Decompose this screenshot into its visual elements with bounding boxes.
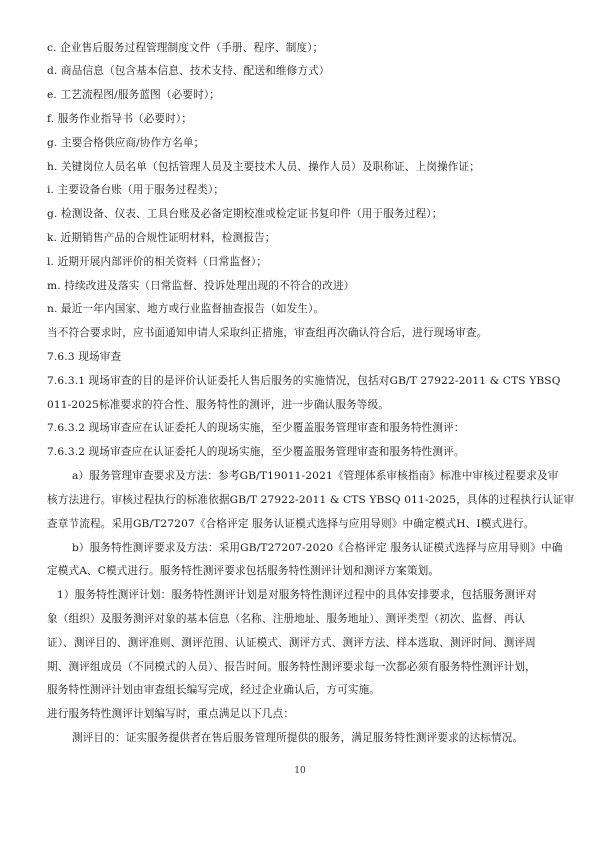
item-b-line1: b）服务特性测评要求及方法：采用GB/T27207-2020《合格评定 服务认证… [72,541,562,555]
plan-paragraph-line1: 1）服务特性测评计划：服务特性测评计划是对服务特性测评过程中的具体安排要求，包括… [57,588,537,602]
list-item-c: c. 企业售后服务过程管理制度文件（手册、程序、制度）； [47,41,323,55]
purpose-paragraph: 测评目的：证实服务提供者在售后服务管理所提供的服务，满足服务特性测评要求的达标情… [72,731,523,745]
item-a-line2: 核方法进行。审核过程执行的标准依据GB/T 27922-2011 & CTS Y… [47,493,574,507]
section-heading-7-6-3: 7.6.3 现场审查 [47,350,121,364]
paragraph-7-6-3-2-second: 7.6.3.2 现场审查应在认证委托人的现场实施，至少覆盖服务管理审查和服务特性… [47,445,465,459]
list-item-h: h. 关键岗位人员名单（包括管理人员及主要技术人员、操作人员）及职称证、上岗操作… [47,160,480,174]
plan-paragraph-line5: 服务特性测评计划由审查组长编写完成，经过企业确认后，方可实施。 [47,683,380,697]
plan-paragraph-line3: 证）、测评目的、测评准则、测评范围、认证模式、测评方式、测评方法、样本选取、测评… [47,636,536,650]
item-a-line3: 查章节流程。采用GB/T27207《合格评定 服务认证模式选择与应用导则》中确定… [47,517,534,531]
key-points-intro: 进行服务特性测评计划编写时，重点满足以下几点： [47,707,294,721]
plan-paragraph-line4: 期、测评组成员（不同模式的人员）、报告时间。服务特性测评要求每一次都必须有服务特… [47,660,536,674]
nonconformity-paragraph: 当不符合要求时，应书面通知申请人采取纠正措施，审查组再次确认符合后，进行现场审查… [47,326,488,340]
page-number: 10 [0,766,600,776]
document-page: c. 企业售后服务过程管理制度文件（手册、程序、制度）； d. 商品信息（包含基… [0,0,600,848]
list-item-g2: g. 检测设备、仪表、工具台账及必备定期校准或检定证书复印件（用于服务过程）； [47,207,442,221]
list-item-f: f. 服务作业指导书（必要时）； [47,112,192,126]
list-item-g: g. 主要合格供应商/协作方名单； [47,136,204,150]
paragraph-7-6-3-1-line1: 7.6.3.1 现场审查的目的是评价认证委托人售后服务的实施情况，包括对GB/T… [47,374,561,388]
list-item-k: k. 近期销售产品的合规性证明材料，检测报告； [47,231,275,245]
paragraph-7-6-3-1-line2: 011-2025标准要求的符合性、服务特性的测评，进一步确认服务等级。 [47,398,389,412]
item-b-line2: 定模式A、C模式进行。服务特性测评要求包括服务特性测评计划和测评方案策划。 [47,564,439,578]
list-item-l: l. 近期开展内部评价的相关资料（日常监督）； [47,255,267,269]
list-item-d: d. 商品信息（包含基本信息、技术支持、配送和维修方式） [47,64,330,78]
paragraph-7-6-3-2-first: 7.6.3.2 现场审查应在认证委托人的现场实施，至少覆盖服务管理审查和服务特性… [47,421,465,435]
plan-paragraph-line2: 象（组织）及服务测评对象的基本信息（名称、注册地址、服务地址）、测评类型（初次、… [47,612,525,626]
list-item-n: n. 最近一年内国家、地方或行业监督抽查报告（如发生）。 [47,302,324,316]
list-item-i: i. 主要设备台账（用于服务过程类）； [47,183,224,197]
list-item-m: m. 持续改进及落实（日常监督、投诉处理出现的不符合的改进） [47,279,354,293]
item-a-line1: a）服务管理审查要求及方法：参考GB/T19011-2021《管理体系审核指南》… [72,469,558,483]
list-item-e: e. 工艺流程图/服务蓝图（必要时）； [47,88,220,102]
